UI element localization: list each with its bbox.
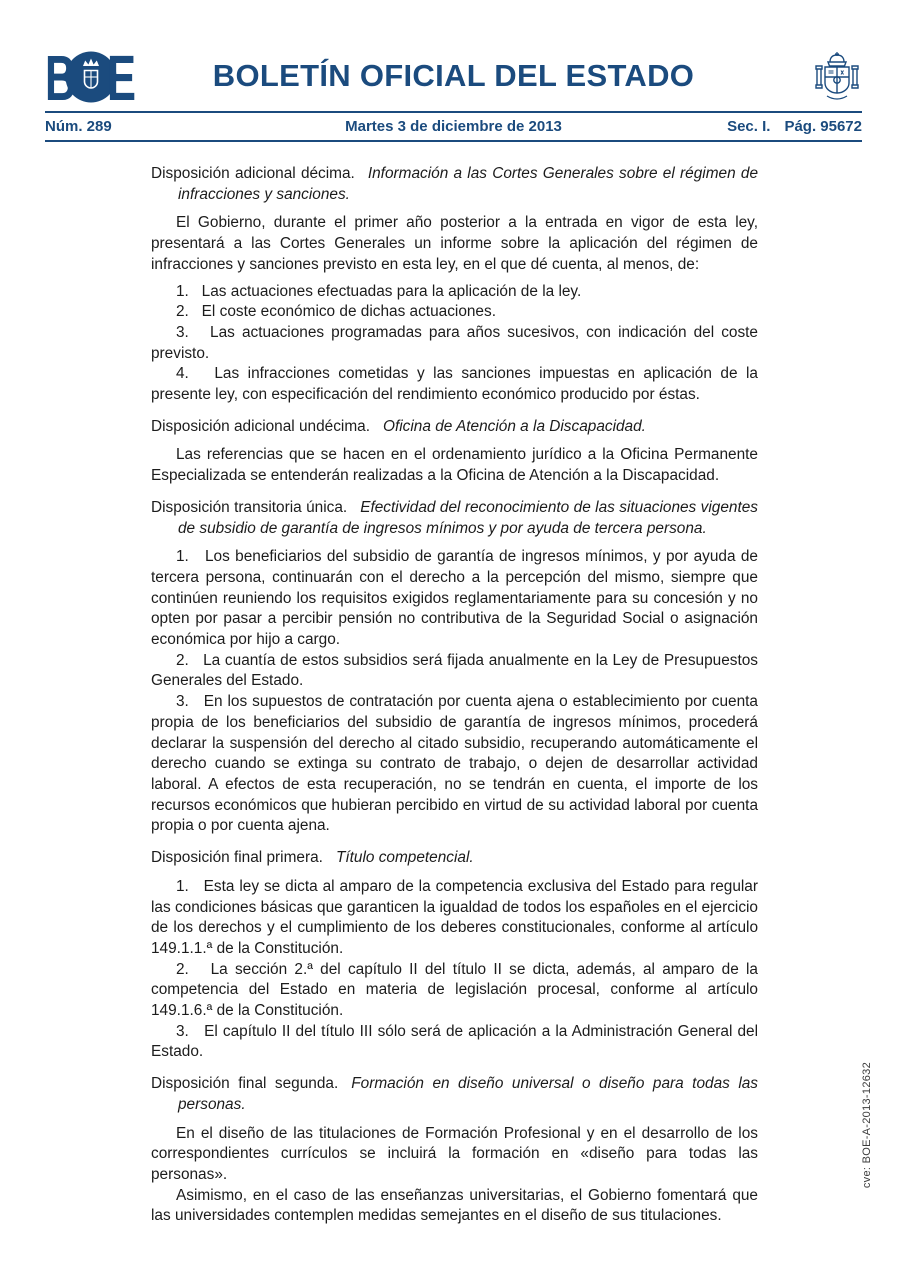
- paragraph: 3. El capítulo II del título III sólo se…: [151, 1022, 758, 1063]
- paragraph: 3. En los supuestos de contratación por …: [151, 692, 758, 837]
- section-heading: Disposición final primera.Título compete…: [151, 848, 758, 869]
- paragraph: Las referencias que se hacen en el orden…: [151, 445, 758, 486]
- list-item: 2. El coste económico de dichas actuacio…: [151, 302, 758, 323]
- paragraph: 1. Los beneficiarios del subsidio de gar…: [151, 547, 758, 651]
- page-header: B E BOLETÍN OFICIAL DEL ESTADO: [45, 0, 862, 142]
- masthead: B E BOLETÍN OFICIAL DEL ESTADO: [45, 0, 862, 113]
- paragraph: 2. La sección 2.ª del capítulo II del tí…: [151, 960, 758, 1022]
- boe-gazette-page: B E BOLETÍN OFICIAL DEL ESTADO: [0, 0, 906, 1280]
- section-label: Sec. I.: [727, 118, 770, 135]
- paragraph: 1. Esta ley se dicta al amparo de la com…: [151, 877, 758, 960]
- list-item: 4. Las infracciones cometidas y las sanc…: [151, 364, 758, 405]
- page-title: BOLETÍN OFICIAL DEL ESTADO: [45, 50, 862, 102]
- subheader: Núm. 289 Martes 3 de diciembre de 2013 S…: [45, 113, 862, 142]
- list-item: 3. Las actuaciones programadas para años…: [151, 323, 758, 364]
- section-heading: Disposición final segunda.Formación en d…: [151, 1074, 758, 1115]
- section-heading: Disposición adicional undécima.Oficina d…: [151, 417, 758, 438]
- paragraph: 2. La cuantía de estos subsidios será fi…: [151, 651, 758, 692]
- page-number: Pág. 95672: [784, 118, 862, 135]
- paragraph: Asimismo, en el caso de las enseñanzas u…: [151, 1186, 758, 1227]
- paragraph: En el diseño de las titulaciones de Form…: [151, 1124, 758, 1186]
- section-page: Sec. I.Pág. 95672: [727, 118, 862, 135]
- section-heading: Disposición transitoria única.Efectivida…: [151, 498, 758, 539]
- list-item: 1. Las actuaciones efectuadas para la ap…: [151, 282, 758, 303]
- issue-number: Núm. 289: [45, 118, 112, 135]
- document-body: Disposición adicional décima.Información…: [151, 164, 758, 1227]
- paragraph: El Gobierno, durante el primer año poste…: [151, 213, 758, 275]
- section-heading: Disposición adicional décima.Información…: [151, 164, 758, 205]
- issue-date: Martes 3 de diciembre de 2013: [345, 118, 562, 135]
- cve-vertical-code: cve: BOE-A-2013-12632: [861, 1062, 873, 1188]
